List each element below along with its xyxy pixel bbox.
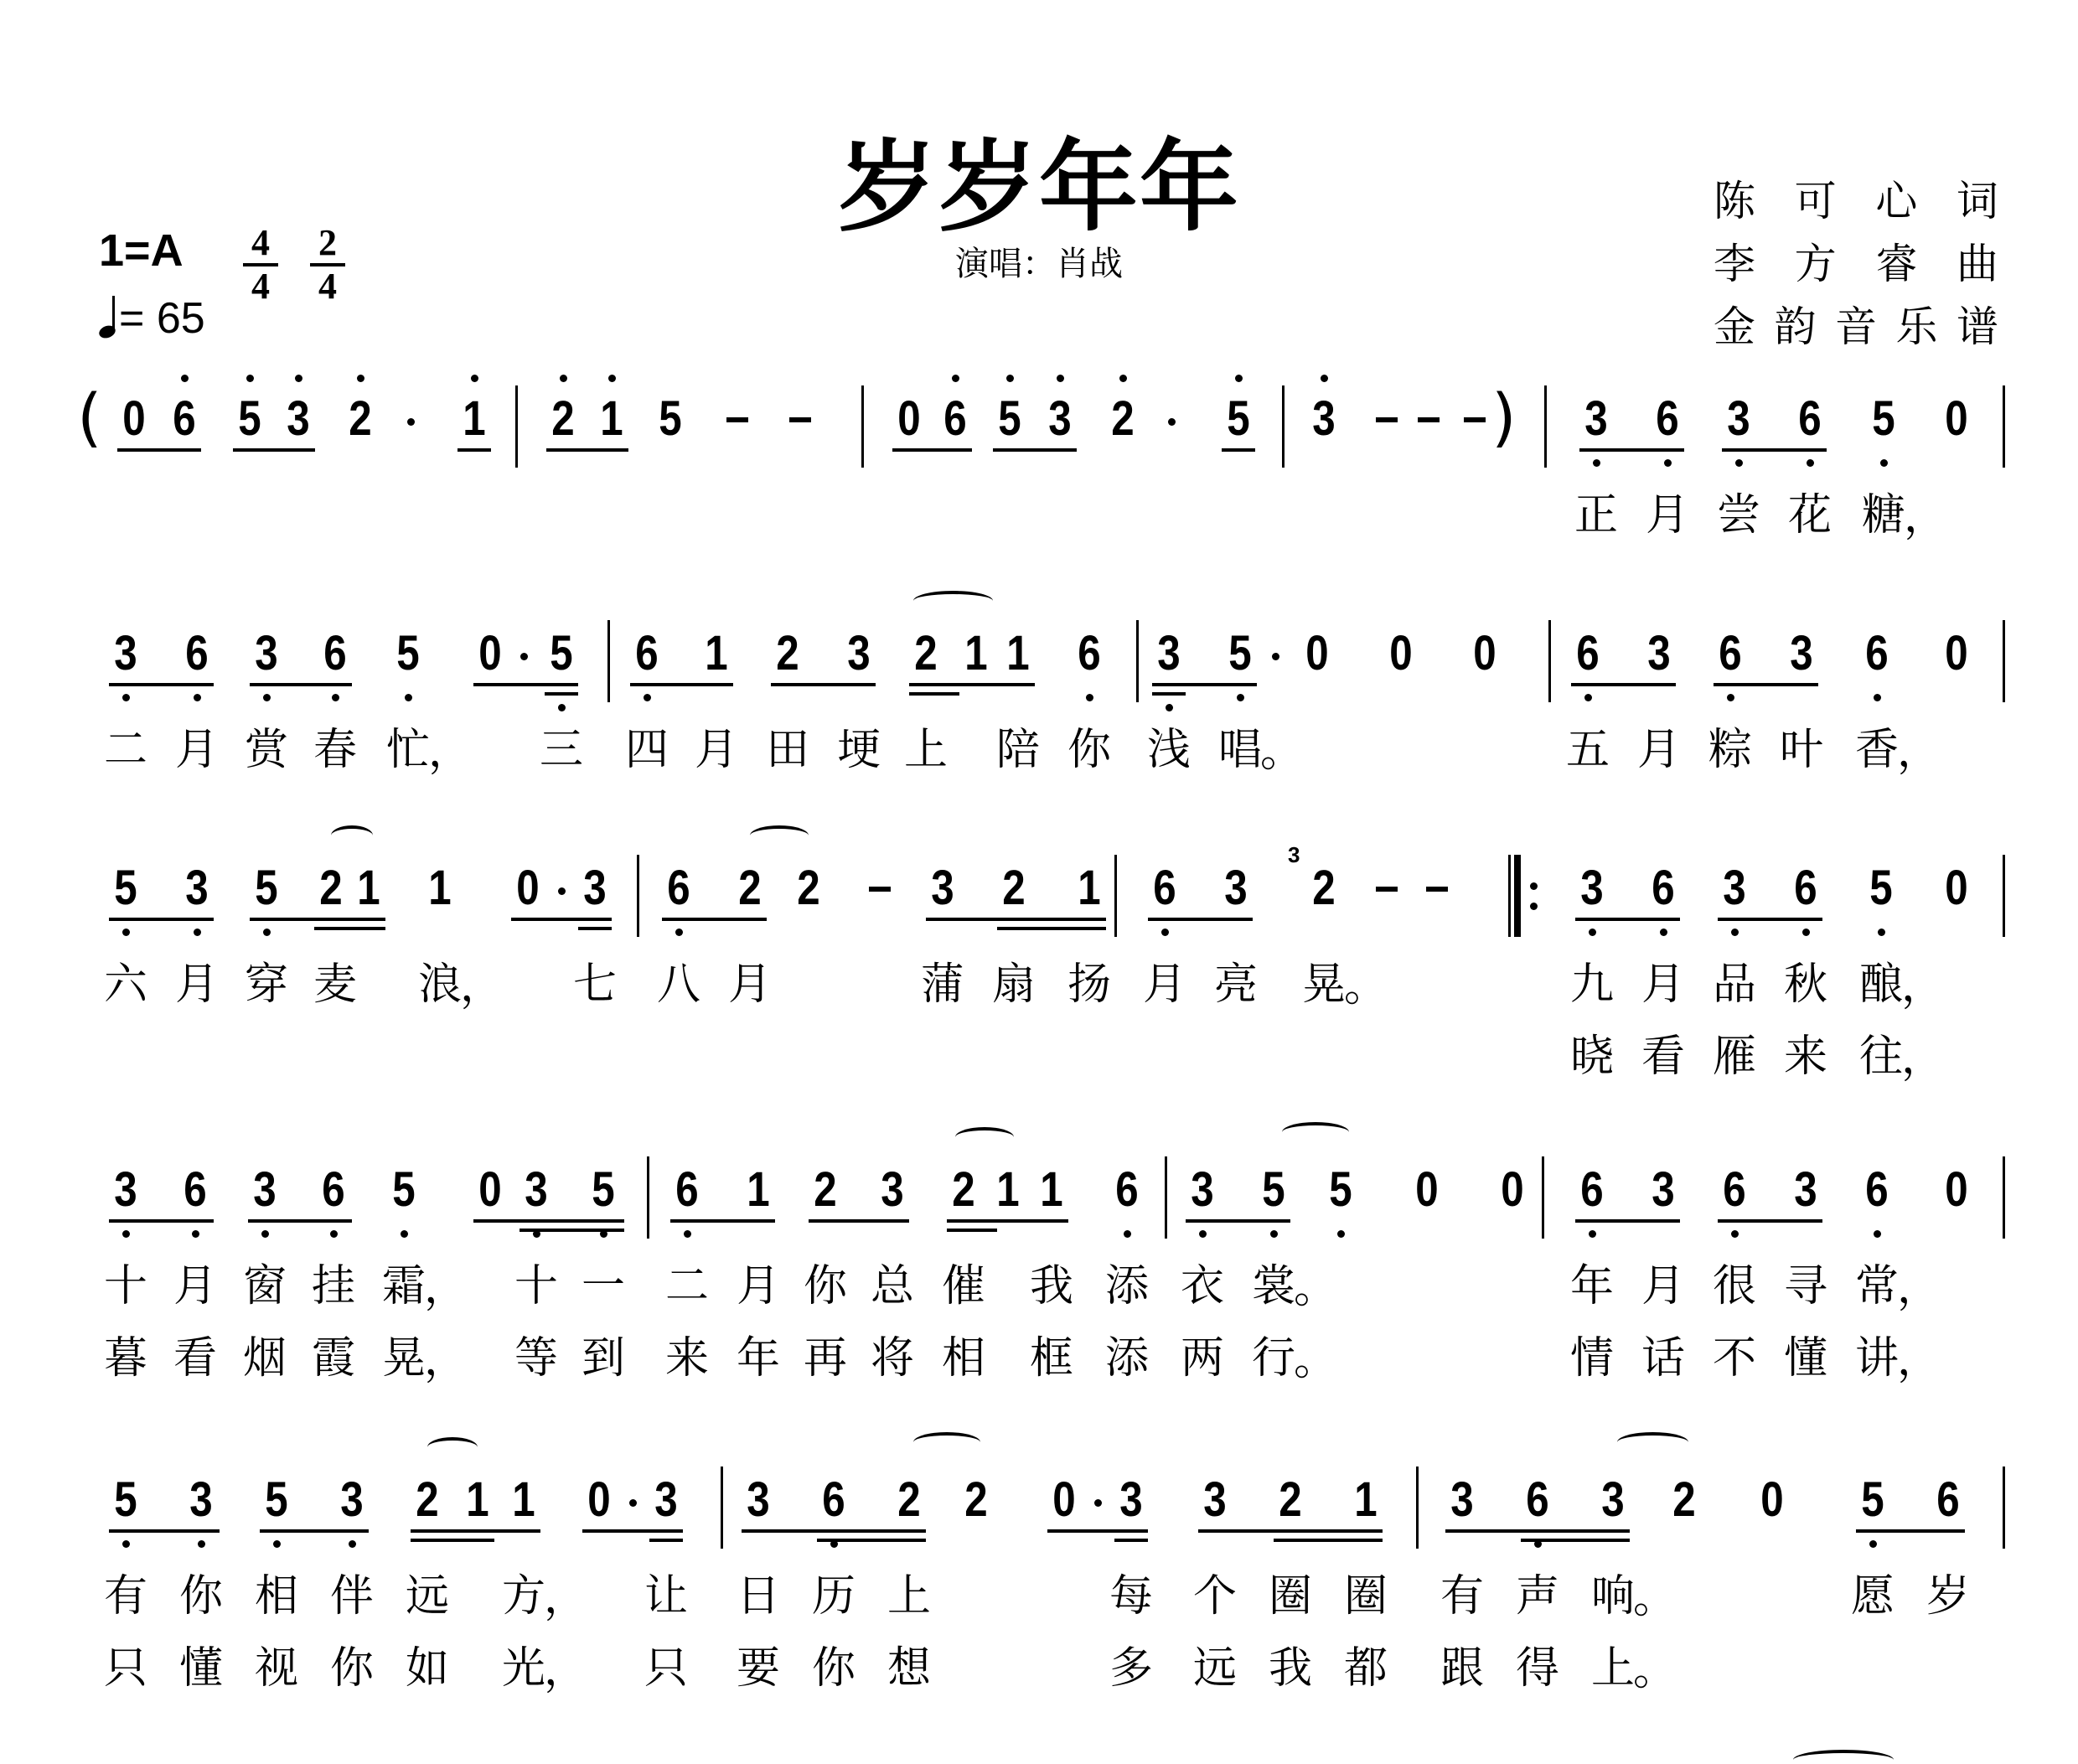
barline	[2003, 385, 2005, 468]
lyric-char: 只	[641, 1643, 691, 1694]
octave-dot-above	[1321, 375, 1328, 382]
note-6: 6	[318, 1161, 349, 1219]
underline-beam	[947, 1229, 997, 1232]
underline-beam	[457, 448, 491, 452]
lyric-punct: 。	[1294, 1335, 1337, 1385]
note-3: 3	[251, 624, 282, 683]
lyric-char: 常	[1852, 1261, 1902, 1311]
octave-dot-below	[273, 1540, 281, 1548]
lyric-char: 让	[641, 1571, 691, 1622]
octave-dot-below	[684, 1230, 691, 1238]
note-1: 1	[1002, 624, 1033, 683]
lyric-char: 粽	[1705, 725, 1755, 775]
octave-dot-below	[332, 694, 339, 701]
underline-beam	[578, 927, 612, 930]
note-1: 1	[960, 624, 991, 683]
note-6: 6	[1149, 859, 1180, 918]
note-0: 0	[583, 1471, 614, 1529]
underline-beam	[817, 1539, 926, 1542]
lyric-char: 添	[1102, 1333, 1152, 1384]
lyric-char: 两	[1177, 1333, 1228, 1384]
lyric-char: 你	[800, 1261, 850, 1311]
octave-dot-below	[1869, 1540, 1877, 1548]
lyric-char: 二	[101, 725, 151, 775]
barline	[607, 620, 610, 702]
lyric-char: 添	[1102, 1261, 1152, 1311]
octave-dot-below	[1874, 694, 1881, 701]
augmentation-dot	[520, 653, 528, 660]
note-3: 3	[185, 1471, 216, 1529]
lyric-char: 秋	[1781, 960, 1831, 1010]
lyric-char: 叶	[1776, 725, 1827, 775]
underline-beam	[473, 1219, 624, 1223]
lyric-char: 五	[1563, 725, 1613, 775]
note-3: 3	[1308, 390, 1339, 448]
octave-dot-above	[1235, 375, 1243, 382]
sustain-dash	[726, 417, 748, 422]
barline	[637, 855, 639, 937]
octave-dot-below	[261, 1230, 269, 1238]
lyric-char: 多	[1106, 1643, 1156, 1694]
lyric-char: 伴	[327, 1571, 377, 1622]
lyric-char: 月	[1634, 725, 1684, 775]
sustain-dash	[1376, 417, 1398, 422]
octave-dot-below	[1237, 694, 1244, 701]
octave-dot-below	[1593, 459, 1600, 467]
lyric-char: 赏	[241, 725, 292, 775]
lyric-char: 晃	[379, 1333, 429, 1384]
note-5: 5	[654, 390, 685, 448]
barline	[515, 385, 518, 468]
lyric-char: 不	[1709, 1333, 1760, 1384]
lyric-char: 三	[536, 725, 587, 775]
lyric-char: 亮	[1211, 960, 1261, 1010]
lyric-punct: 。	[1633, 1573, 1677, 1623]
octave-dot-below	[1727, 694, 1734, 701]
lyric-char: 雁	[1709, 1032, 1760, 1082]
lyric-char: 我	[1026, 1261, 1077, 1311]
barline	[1282, 385, 1285, 468]
underline-beam	[809, 1219, 909, 1223]
note-5: 5	[1865, 859, 1896, 918]
note-3: 3	[181, 859, 212, 918]
lyric-char: 七	[570, 960, 620, 1010]
lyric-char: 扇	[989, 960, 1039, 1010]
note-5: 5	[1857, 1471, 1888, 1529]
lyric-char: 田	[762, 725, 813, 775]
lyric-char: 暮	[101, 1333, 151, 1384]
note-2: 2	[948, 1161, 979, 1219]
barline	[1548, 620, 1551, 702]
note-3: 3	[1044, 390, 1075, 448]
underline-beam	[649, 1539, 683, 1542]
note-1: 1	[508, 1471, 539, 1529]
lyric-char: 唱	[1215, 725, 1265, 775]
octave-dot-below	[1161, 929, 1169, 936]
octave-dot-below	[330, 1230, 338, 1238]
lyric-char: 十	[101, 1261, 151, 1311]
octave-dot-below	[1807, 459, 1814, 467]
octave-dot-below	[1878, 929, 1885, 936]
note-6: 6	[671, 1161, 702, 1219]
note-2: 2	[411, 1471, 442, 1529]
lyric-char: 月	[1642, 490, 1693, 541]
lyric-char: 远	[402, 1571, 452, 1622]
sustain-dash	[1376, 887, 1398, 892]
note-3: 3	[876, 1161, 907, 1219]
octave-dot-above	[1057, 375, 1064, 382]
lyric-punct: ，	[424, 1335, 468, 1385]
underline-beam	[1575, 918, 1680, 921]
note-6: 6	[319, 624, 350, 683]
slur-tie	[913, 591, 993, 611]
note-1: 1	[992, 1161, 1023, 1219]
underline-beam	[411, 1529, 540, 1533]
note-1: 1	[596, 390, 627, 448]
octave-dot-below	[263, 929, 271, 936]
underline-beam	[411, 1539, 494, 1542]
note-3: 3	[650, 1471, 681, 1529]
underline-beam	[1571, 683, 1676, 686]
underline-beam	[1186, 1219, 1290, 1223]
octave-dot-below	[263, 694, 271, 701]
barline	[721, 1467, 723, 1549]
note-5: 5	[261, 1471, 292, 1529]
note-6: 6	[1932, 1471, 1963, 1529]
note-3: 3	[1723, 390, 1754, 448]
octave-dot-below	[1731, 1230, 1739, 1238]
barline	[1544, 385, 1547, 468]
lyric-char: 月	[172, 725, 222, 775]
slur-tie	[1617, 1432, 1688, 1452]
underline-beam	[1718, 1219, 1822, 1223]
credit-char: 谱	[1957, 293, 1998, 356]
lyric-char: 年	[733, 1333, 783, 1384]
note-0: 0	[118, 390, 149, 448]
underline-beam	[662, 918, 767, 921]
note-3: 3	[579, 859, 610, 918]
note-6: 6	[1790, 859, 1821, 918]
note-3: 3	[1115, 1471, 1146, 1529]
note-2: 2	[893, 1471, 924, 1529]
grace-note: 3	[1288, 844, 1300, 866]
octave-dot-below	[675, 929, 683, 936]
lyric-char: 只	[101, 1643, 151, 1694]
note-1: 1	[462, 1471, 493, 1529]
open-paren: (	[77, 380, 102, 455]
lyric-punct: ，	[544, 1645, 587, 1695]
underline-beam	[1047, 1529, 1148, 1533]
underline-beam	[545, 692, 578, 696]
underline-beam	[109, 1219, 214, 1223]
credit-char: 曲	[1957, 230, 1998, 293]
time-signature-4-4: 4 4	[243, 225, 278, 305]
lyric-char: 每	[1106, 1571, 1156, 1622]
underline-beam	[993, 448, 1077, 452]
lyric-char: 月	[1638, 960, 1688, 1010]
note-6: 6	[181, 624, 212, 683]
lyric-char: 麦	[310, 960, 360, 1010]
note-6: 6	[663, 859, 694, 918]
note-5: 5	[545, 624, 576, 683]
note-1: 1	[424, 859, 455, 918]
underline-beam	[630, 683, 733, 686]
underline-beam	[926, 918, 1106, 921]
slur-tie	[750, 825, 809, 846]
note-0: 0	[1941, 390, 1972, 448]
octave-dot-below	[1337, 1230, 1345, 1238]
lyric-char: 懂	[176, 1643, 226, 1694]
underline-beam	[1445, 1529, 1630, 1533]
tempo-marking: = 65	[99, 293, 205, 344]
lyric-char: 催	[938, 1261, 989, 1311]
close-paren: )	[1491, 380, 1517, 455]
octave-dot-above	[471, 375, 478, 382]
note-6: 6	[1652, 390, 1683, 448]
underline-beam	[109, 1529, 220, 1533]
lyric-char: 历	[809, 1571, 859, 1622]
underline-beam	[771, 683, 876, 686]
underline-beam	[233, 448, 315, 452]
note-3: 3	[520, 1161, 551, 1219]
lyric-char: 月	[691, 725, 742, 775]
octave-dot-below	[1735, 459, 1743, 467]
octave-dot-below	[1660, 929, 1667, 936]
note-0: 0	[474, 1161, 505, 1219]
lyric-char: 你	[327, 1643, 377, 1694]
underline-beam	[1274, 1539, 1383, 1542]
lyric-char: 视	[251, 1643, 302, 1694]
slur-tie-partial	[1793, 1750, 1894, 1764]
note-3: 3	[1786, 624, 1817, 683]
lyric-punct: ，	[1897, 727, 1941, 777]
lyric-punct: ，	[1897, 1263, 1941, 1313]
underline-beam	[260, 1529, 369, 1533]
lyric-char: 来	[662, 1333, 712, 1384]
octave-dot-below	[122, 694, 130, 701]
lyric-char: 愿	[1848, 1571, 1898, 1622]
note-6: 6	[1647, 859, 1678, 918]
octave-dot-below	[1199, 1230, 1207, 1238]
note-2: 2	[344, 390, 375, 448]
tempo-value: = 65	[119, 294, 205, 343]
octave-dot-below	[1166, 704, 1173, 711]
underline-beam	[582, 1529, 683, 1533]
lyric-char: 年	[1567, 1261, 1617, 1311]
note-5: 5	[392, 624, 423, 683]
lyric-char: 春	[310, 725, 360, 775]
underline-beam	[546, 448, 628, 452]
sustain-dash	[1426, 887, 1448, 892]
underline-beam	[997, 927, 1106, 930]
lyric-char: 埂	[834, 725, 884, 775]
note-0: 0	[1411, 1161, 1442, 1219]
octave-dot-below	[194, 694, 201, 701]
note-2: 2	[1308, 859, 1339, 918]
lyric-char: 蒲	[918, 960, 968, 1010]
time-sig-denominator: 4	[310, 268, 345, 305]
lyric-char: 再	[800, 1333, 850, 1384]
sustain-dash	[869, 887, 891, 892]
lyric-char: 月	[733, 1261, 783, 1311]
note-0: 0	[893, 390, 924, 448]
octave-dot-below	[1589, 1230, 1596, 1238]
lyric-char: 声	[1512, 1571, 1563, 1622]
lyric-char: 忙	[383, 725, 433, 775]
underline-beam	[947, 1219, 1068, 1223]
lyric-char: 月	[1140, 960, 1190, 1010]
lyric-char: 香	[1852, 725, 1902, 775]
lyric-char: 岁	[1923, 1571, 1973, 1622]
lyric-char: 上	[1588, 1643, 1638, 1694]
note-6: 6	[939, 390, 970, 448]
lyric-char: 陪	[993, 725, 1043, 775]
lyric-char: 月	[170, 1261, 220, 1311]
lyric-char: 四	[622, 725, 672, 775]
lyric-char: 你	[176, 1571, 226, 1622]
note-3: 3	[1580, 390, 1611, 448]
barline	[861, 385, 864, 468]
lyric-char: 跟	[1437, 1643, 1487, 1694]
note-2: 2	[1668, 1471, 1699, 1529]
octave-dot-below	[1874, 1230, 1881, 1238]
lyric-char: 八	[654, 960, 704, 1010]
octave-dot-above	[1006, 375, 1014, 382]
sustain-dash	[1464, 417, 1486, 422]
lyric-char: 往	[1856, 1032, 1906, 1082]
credits-block: 陈可心词 李方睿曲 金韵音乐谱	[1714, 168, 1998, 356]
note-0: 0	[1756, 1471, 1787, 1529]
lyric-punct: ，	[460, 961, 504, 1011]
lyric-char: 二	[662, 1261, 712, 1311]
note-5: 5	[110, 1471, 141, 1529]
lyric-char: 上	[884, 1571, 934, 1622]
slur-tie	[1282, 1122, 1349, 1142]
lyric-char: 框	[1026, 1333, 1077, 1384]
octave-dot-below	[198, 1540, 205, 1548]
credit-char: 李	[1714, 230, 1755, 293]
lyric-char: 得	[1512, 1643, 1563, 1694]
note-6: 6	[631, 624, 662, 683]
lyric-char: 等	[511, 1333, 561, 1384]
lyric-punct: 。	[1344, 961, 1388, 1011]
lyric-char: 讲	[1852, 1333, 1902, 1384]
lyric-punct: ，	[1904, 492, 1947, 542]
credit-char: 音	[1835, 293, 1877, 356]
underline-beam	[1718, 918, 1822, 921]
lyric-char: 衣	[1177, 1261, 1228, 1311]
octave-dot-below	[644, 694, 651, 701]
underline-beam	[314, 927, 385, 930]
note-5: 5	[587, 1161, 618, 1219]
note-6: 6	[1576, 1161, 1607, 1219]
lyric-char: 行	[1248, 1333, 1299, 1384]
note-5: 5	[1868, 390, 1899, 448]
note-3: 3	[1199, 1471, 1230, 1529]
barline	[1136, 620, 1139, 702]
lyric-punct: ，	[544, 1573, 587, 1623]
lyric-char: 正	[1571, 490, 1621, 541]
octave-dot-below	[122, 1230, 130, 1238]
lyric-char: 要	[733, 1643, 783, 1694]
note-1: 1	[1073, 859, 1104, 918]
time-sig-numerator: 2	[310, 225, 345, 261]
lyric-punct: 。	[1260, 727, 1304, 777]
lyric-punct: 。	[1633, 1645, 1677, 1695]
note-5: 5	[1325, 1161, 1356, 1219]
slur-tie	[331, 825, 373, 846]
octave-dot-above	[357, 375, 364, 382]
lyric-char: 我	[1265, 1643, 1316, 1694]
note-3: 3	[336, 1471, 367, 1529]
underline-beam	[1714, 683, 1818, 686]
octave-dot-below	[405, 694, 412, 701]
augmentation-dot	[1168, 418, 1176, 426]
barline	[1114, 855, 1117, 937]
lyric-punct: ，	[428, 727, 472, 777]
lyric-char: 响	[1588, 1571, 1638, 1622]
octave-dot-above	[181, 375, 189, 382]
lyric-char: 相	[938, 1333, 989, 1384]
note-3: 3	[110, 624, 141, 683]
note-6: 6	[1572, 624, 1603, 683]
note-1: 1	[742, 1161, 773, 1219]
note-1: 1	[458, 390, 489, 448]
lyric-char: 看	[1638, 1032, 1688, 1082]
note-0: 0	[1301, 624, 1332, 683]
underline-beam	[1521, 1539, 1630, 1542]
octave-dot-above	[246, 375, 254, 382]
note-6: 6	[1861, 1161, 1892, 1219]
note-3: 3	[1643, 624, 1674, 683]
augmentation-dot	[407, 418, 415, 426]
octave-dot-below	[1589, 929, 1596, 936]
sustain-dash	[789, 417, 811, 422]
sustain-dash	[1418, 417, 1440, 422]
lyric-char: 看	[170, 1333, 220, 1384]
note-2: 2	[809, 1161, 840, 1219]
note-6: 6	[1111, 1161, 1142, 1219]
key-signature: 1=A	[99, 225, 184, 277]
octave-dot-below	[122, 1540, 130, 1548]
note-3: 3	[927, 859, 958, 918]
lyric-char: 品	[1709, 960, 1760, 1010]
underline-beam	[511, 918, 612, 921]
underline-beam	[1722, 448, 1827, 452]
lyric-char: 如	[402, 1643, 452, 1694]
note-2: 2	[1107, 390, 1138, 448]
note-2: 2	[793, 859, 824, 918]
lyric-char: 相	[251, 1571, 302, 1622]
octave-dot-below	[1124, 1230, 1131, 1238]
note-5: 5	[110, 859, 141, 918]
note-1: 1	[1350, 1471, 1381, 1529]
barline	[2003, 1467, 2005, 1549]
lyricist-credit: 陈可心词	[1714, 168, 1998, 230]
augmentation-dot	[629, 1499, 637, 1507]
underline-beam	[248, 1219, 352, 1223]
lyric-char: 月	[1638, 1261, 1688, 1311]
note-3: 3	[249, 1161, 280, 1219]
lyric-char: 个	[1190, 1571, 1240, 1622]
lyric-char: 九	[1567, 960, 1617, 1010]
note-3: 3	[1153, 624, 1184, 683]
lyric-punct: ，	[1901, 1033, 1945, 1084]
note-3: 3	[1647, 1161, 1678, 1219]
underline-beam	[1222, 448, 1255, 452]
repeat-thin-line	[1508, 855, 1511, 937]
time-sig-numerator: 4	[243, 225, 278, 261]
